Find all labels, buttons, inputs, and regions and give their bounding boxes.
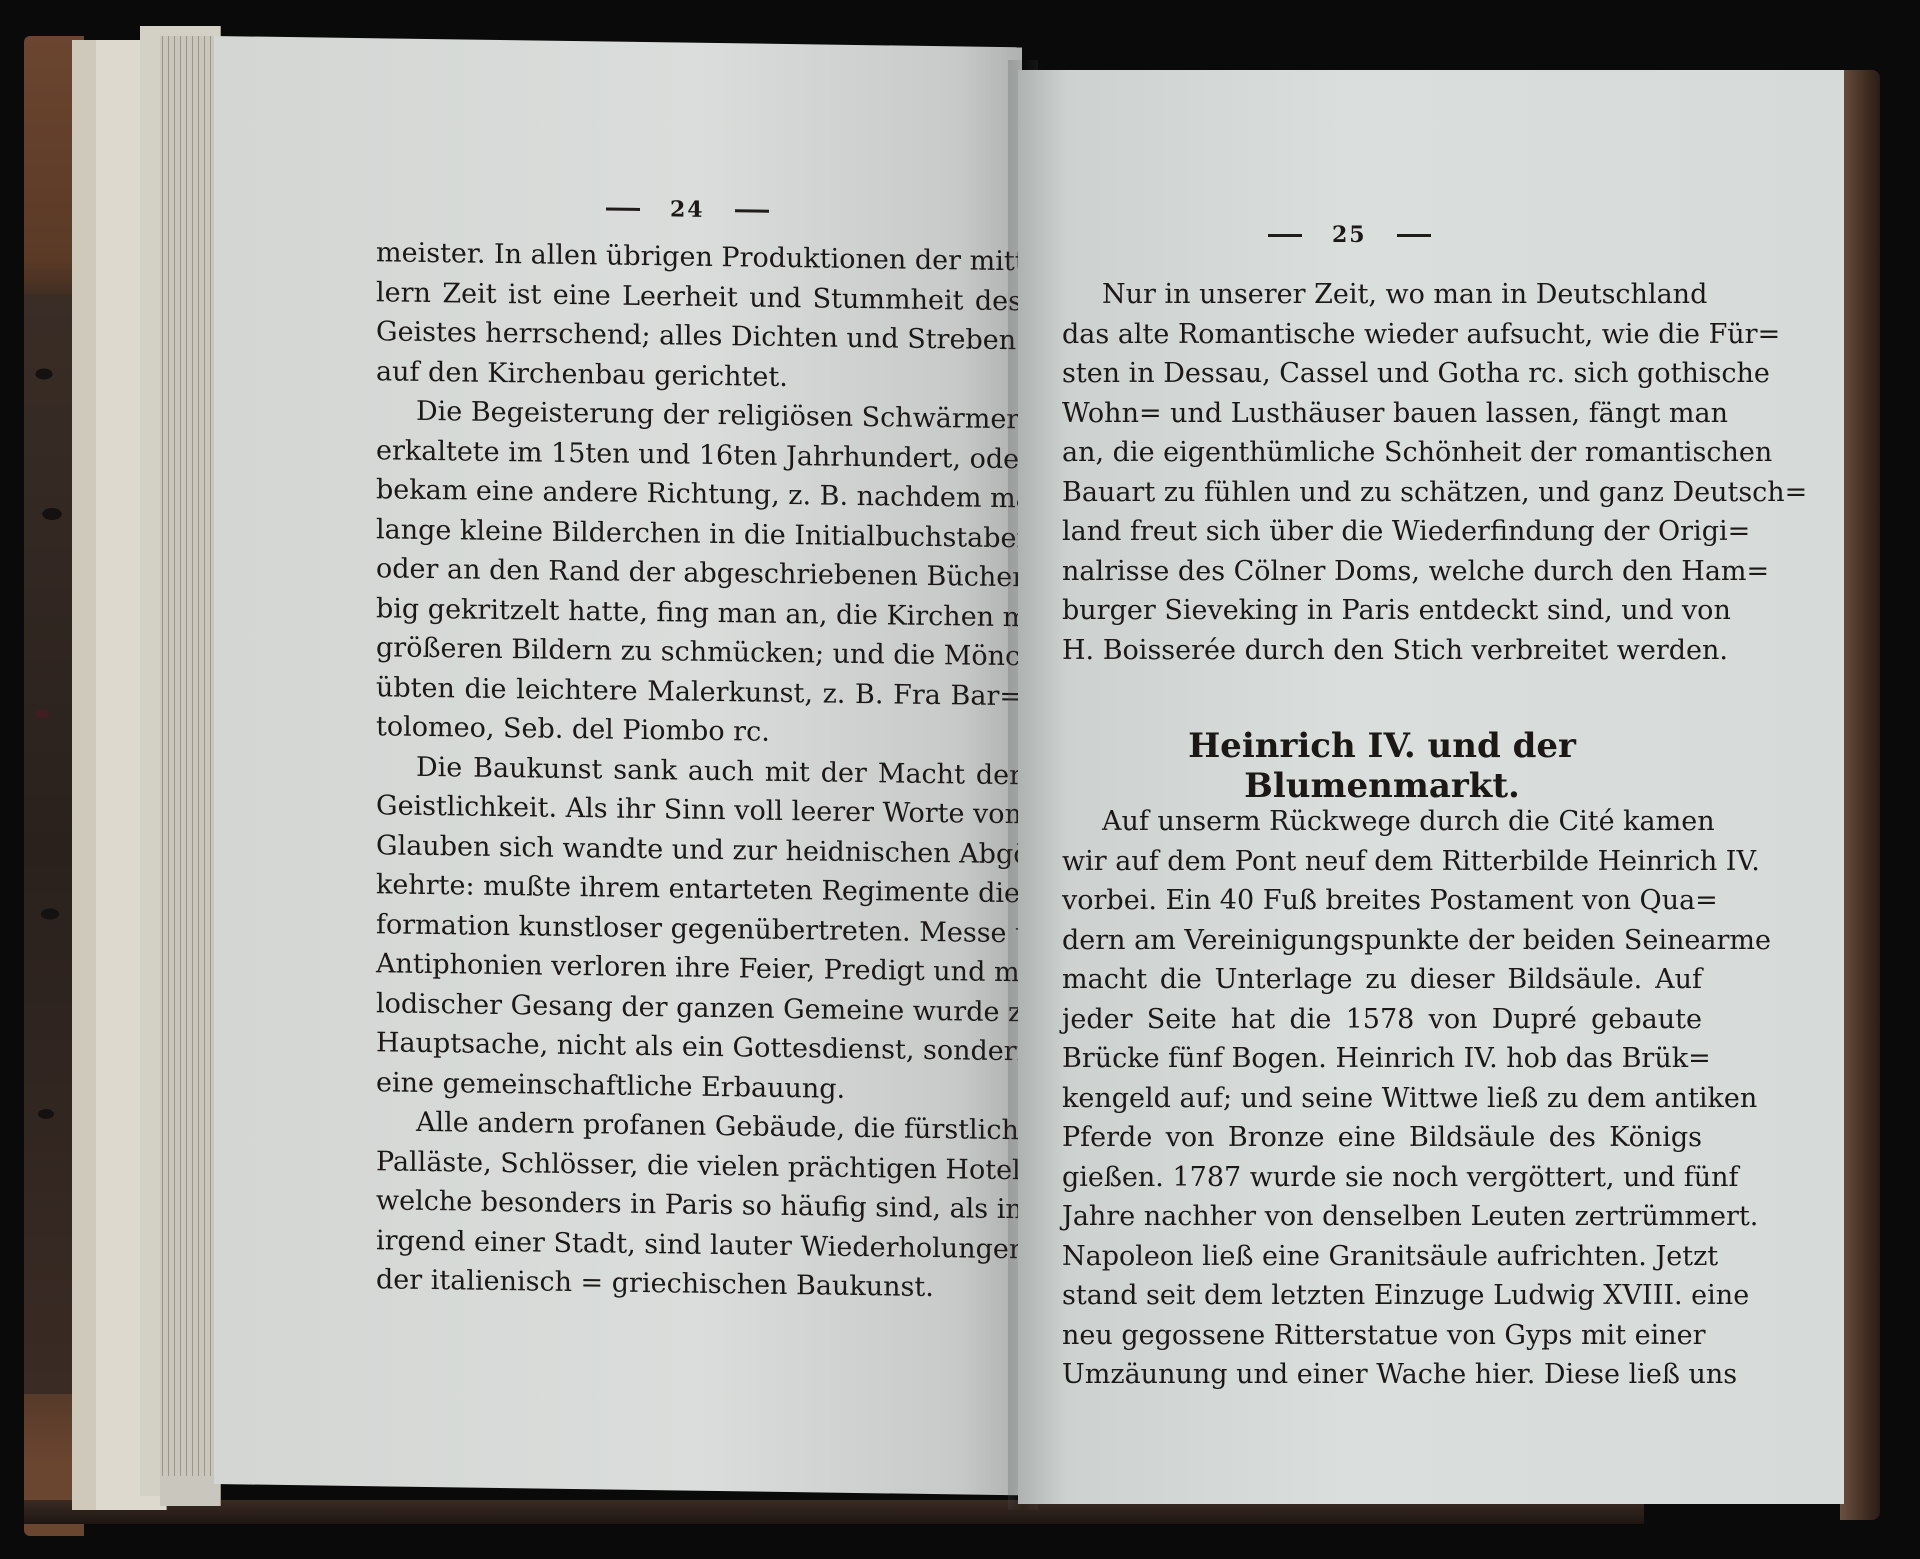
page-number-header: 24 [606,195,769,223]
folio-dash [1397,234,1431,237]
text-line: gießen. 1787 wurde sie noch vergöttert, … [1062,1158,1702,1198]
left-page: 24 meister. In allen übrigen Produktione… [214,36,1022,1495]
folio-dash [606,207,640,210]
text-line: der italienisch = griechischen Baukunst. [376,1260,1022,1309]
text-line: sten in Dessau, Cassel und Gotha rc. sic… [1062,354,1702,394]
text-line: H. Boisserée durch den Stich verbreitet … [1062,631,1702,671]
text-line: Nur in unserer Zeit, wo man in Deutschla… [1062,275,1702,315]
text-line: wir auf dem Pont neuf dem Ritterbilde He… [1062,842,1702,882]
right-page-text: Nur in unserer Zeit, wo man in Deutschla… [1062,275,1702,1395]
text-line: das alte Romantische wieder aufsucht, wi… [1062,315,1702,355]
text-line: dern am Vereinigungspunkte der beiden Se… [1062,921,1702,961]
text-line: land freut sich über die Wiederfindung d… [1062,512,1702,552]
text-line: Napoleon ließ eine Granitsäule aufrichte… [1062,1237,1702,1277]
paragraph-block: Auf unserm Rückwege durch die Cité kamen… [1062,802,1702,1395]
page-edges-lines [162,36,218,1476]
text-line: Auf unserm Rückwege durch die Cité kamen [1062,802,1702,842]
right-page: 25 Nur in unserer Zeit, wo man in Deutsc… [1018,70,1844,1504]
text-line: nalrisse des Cölner Doms, welche durch d… [1062,552,1702,592]
text-line: stand seit dem letzten Einzuge Ludwig XV… [1062,1276,1702,1316]
text-line: Wohn= und Lusthäuser bauen lassen, fängt… [1062,394,1702,434]
text-line: an, die eigenthümliche Schönheit der rom… [1062,433,1702,473]
text-line: jeder Seite hat die 1578 von Dupré gebau… [1062,1000,1702,1040]
book-cover-right [1840,70,1880,1520]
left-page-text: meister. In allen übrigen Produktionen d… [376,233,1022,1309]
text-line: kengeld auf; und seine Wittwe ließ zu de… [1062,1079,1702,1119]
paragraph-block: Nur in unserer Zeit, wo man in Deutschla… [1062,275,1702,670]
text-line: Pferde von Bronze eine Bildsäule des Kön… [1062,1118,1702,1158]
page-number-header: 25 [1268,222,1431,248]
page-number: 25 [1332,222,1367,248]
marbled-paper-board [24,294,72,1394]
folio-dash [1268,234,1302,237]
text-line: Jahre nachher von denselben Leuten zertr… [1062,1197,1702,1237]
text-line: macht die Unterlage zu dieser Bildsäule.… [1062,960,1702,1000]
text-line: Umzäunung und einer Wache hier. Diese li… [1062,1355,1702,1395]
page-number: 24 [670,196,705,222]
section-heading: Heinrich IV. und der Blumenmarkt. [1062,726,1702,766]
text-line: Brücke fünf Bogen. Heinrich IV. hob das … [1062,1039,1702,1079]
folio-dash [735,209,769,212]
text-line: Bauart zu fühlen und zu schätzen, und ga… [1062,473,1702,513]
text-line: neu gegossene Ritterstatue von Gyps mit … [1062,1316,1702,1356]
text-line: burger Sieveking in Paris entdeckt sind,… [1062,591,1702,631]
text-line: vorbei. Ein 40 Fuß breites Postament von… [1062,881,1702,921]
